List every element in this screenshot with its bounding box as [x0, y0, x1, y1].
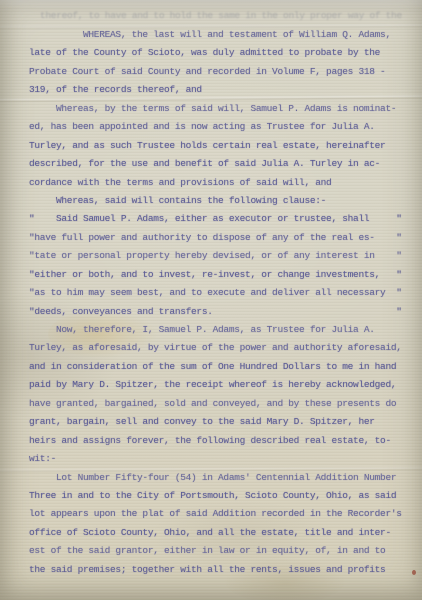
scanned-deed-document: thereof, to have and to hold the same in… — [0, 0, 422, 600]
edge-vignette — [0, 0, 422, 600]
